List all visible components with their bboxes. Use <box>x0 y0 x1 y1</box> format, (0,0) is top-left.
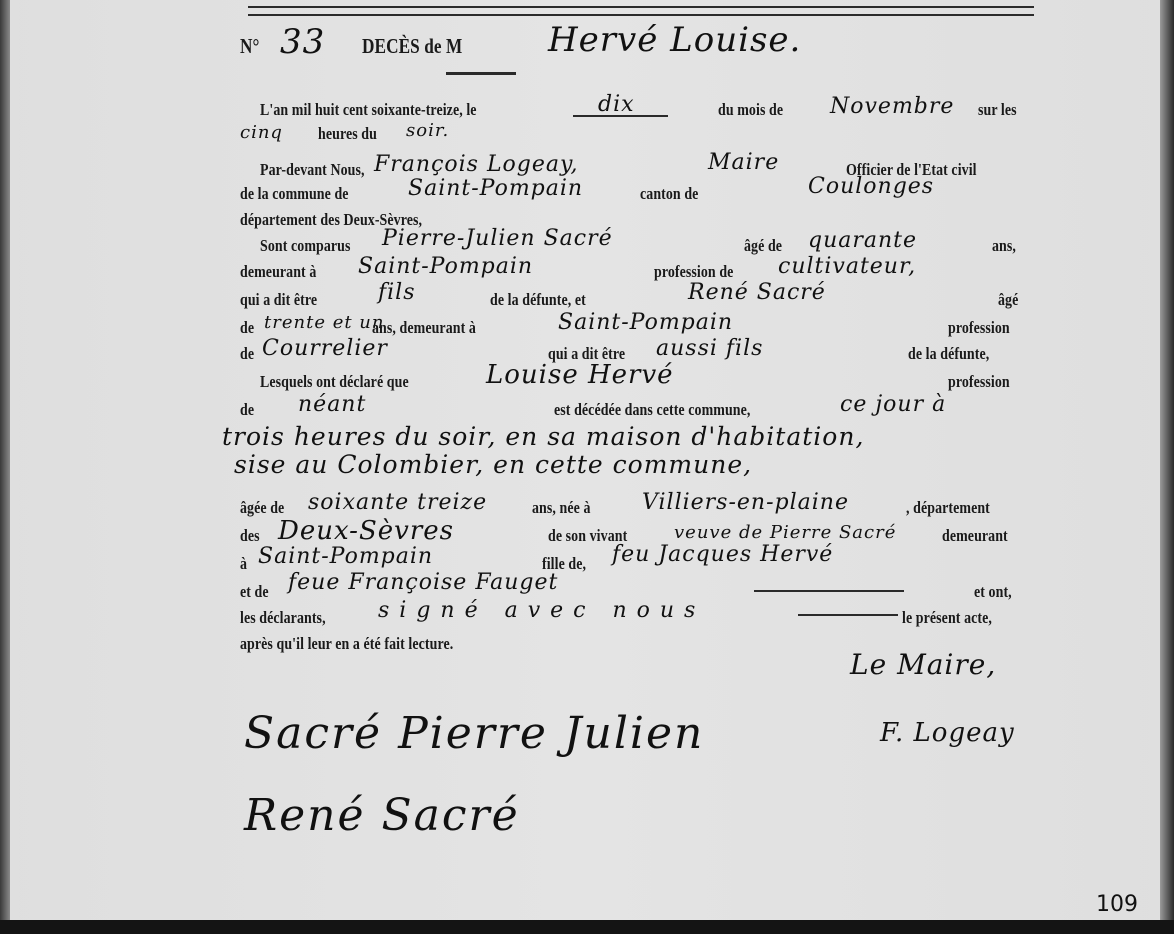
printed-text: à <box>240 554 247 574</box>
handwritten-month: Novembre <box>830 94 954 119</box>
fill-line <box>798 614 898 616</box>
handwritten-canton: Coulonges <box>808 174 934 199</box>
handwritten-death-time-place: trois heures du soir, en sa maison d'hab… <box>222 422 864 451</box>
register-page: N° 33 DECÈS de M Hervé Louise. L'an mil … <box>8 0 1160 922</box>
handwritten-death-date: ce jour à <box>840 392 946 417</box>
printed-text: heures du <box>318 124 377 144</box>
handwritten-officer-title: Maire <box>708 150 779 175</box>
printed-text: de la commune de <box>240 184 349 204</box>
mayor-title-signature: Le Maire, <box>850 648 996 681</box>
handwritten-time: soir. <box>406 120 449 141</box>
page-number: 109 <box>1096 892 1138 917</box>
printed-text: profession <box>948 318 1010 338</box>
entry-number-label: N° <box>240 34 259 59</box>
printed-text: de <box>240 400 254 420</box>
printed-text: âgé de <box>744 236 782 256</box>
printed-text: demeurant <box>942 526 1008 546</box>
printed-text: Sont comparus <box>260 236 351 256</box>
handwritten-hour: cinq <box>240 122 283 143</box>
printed-text: âgée de <box>240 498 284 518</box>
printed-text: de la défunte, et <box>490 290 586 310</box>
declarant-2-signature: René Sacré <box>244 790 520 841</box>
printed-text: et de <box>240 582 269 602</box>
handwritten-deceased-age: soixante treize <box>308 490 487 515</box>
mayor-name-signature: F. Logeay <box>880 718 1015 748</box>
handwritten-age-1: quarante <box>808 228 917 253</box>
printed-text: ans, née à <box>532 498 591 518</box>
title-underline <box>446 72 516 75</box>
fill-line <box>754 590 904 592</box>
handwritten-marital-status: veuve de Pierre Sacré <box>674 522 896 543</box>
header-rule-bottom <box>248 14 1034 16</box>
printed-text: canton de <box>640 184 698 204</box>
handwritten-death-address: sise au Colombier, en cette commune, <box>234 450 752 479</box>
page-edge-bottom <box>0 920 1174 934</box>
page-edge-left <box>0 0 10 934</box>
handwritten-birth-department: Deux-Sèvres <box>278 516 454 546</box>
printed-text: de <box>240 318 254 338</box>
handwritten-father-name: feu Jacques Hervé <box>612 542 833 567</box>
printed-text: de <box>240 344 254 364</box>
printed-text: profession <box>948 372 1010 392</box>
handwritten-residence-1: Saint-Pompain <box>358 254 533 279</box>
printed-text: des <box>240 526 260 546</box>
printed-text: demeurant à <box>240 262 316 282</box>
handwritten-residence-2: Saint-Pompain <box>558 310 733 335</box>
handwritten-mother-name: feue Françoise Fauget <box>288 570 558 595</box>
printed-text: sur les <box>978 100 1017 120</box>
header-rule-top <box>248 6 1034 8</box>
declarant-1-signature: Sacré Pierre Julien <box>244 708 704 759</box>
handwritten-signed-clause: signé avec nous <box>378 598 705 623</box>
handwritten-birthplace: Villiers-en-plaine <box>642 490 849 515</box>
printed-text: est décédée dans cette commune, <box>554 400 750 420</box>
handwritten-relation-2: aussi fils <box>656 336 763 361</box>
printed-text: du mois de <box>718 100 783 120</box>
printed-text: L'an mil huit cent soixante-treize, le <box>260 100 477 120</box>
printed-text: Lesquels ont déclaré que <box>260 372 409 392</box>
printed-text: qui a dit être <box>240 290 317 310</box>
printed-text: de la défunte, <box>908 344 989 364</box>
printed-text: ans, demeurant à <box>372 318 476 338</box>
handwritten-day: dix <box>598 92 635 117</box>
fill-line <box>573 115 668 117</box>
entry-title: DECÈS de M <box>362 34 462 59</box>
printed-text: âgé <box>998 290 1018 310</box>
handwritten-deceased-name: Louise Hervé <box>486 360 674 390</box>
handwritten-commune: Saint-Pompain <box>408 176 583 201</box>
printed-text: et ont, <box>974 582 1012 602</box>
handwritten-declarant-1: Pierre-Julien Sacré <box>382 226 613 251</box>
page-edge-right <box>1160 0 1174 934</box>
printed-text: profession de <box>654 262 733 282</box>
printed-text: après qu'il leur en a été fait lecture. <box>240 634 453 654</box>
handwritten-declarant-2: René Sacré <box>688 280 826 305</box>
handwritten-deceased-profession: néant <box>298 392 366 417</box>
deceased-name-heading: Hervé Louise. <box>548 20 801 60</box>
printed-text: ans, <box>992 236 1016 256</box>
handwritten-residence-deceased: Saint-Pompain <box>258 544 433 569</box>
handwritten-profession-1: cultivateur, <box>778 254 916 279</box>
printed-text: les déclarants, <box>240 608 326 628</box>
entry-number-value: 33 <box>280 22 325 62</box>
handwritten-relation-1: fils <box>378 280 416 305</box>
printed-text: le présent acte, <box>902 608 992 628</box>
handwritten-profession-2: Courrelier <box>262 336 388 361</box>
printed-text: Par-devant Nous, <box>260 160 365 180</box>
handwritten-officer-name: François Logeay, <box>374 152 579 177</box>
printed-text: , département <box>906 498 990 518</box>
handwritten-age-2: trente et un <box>264 312 384 333</box>
